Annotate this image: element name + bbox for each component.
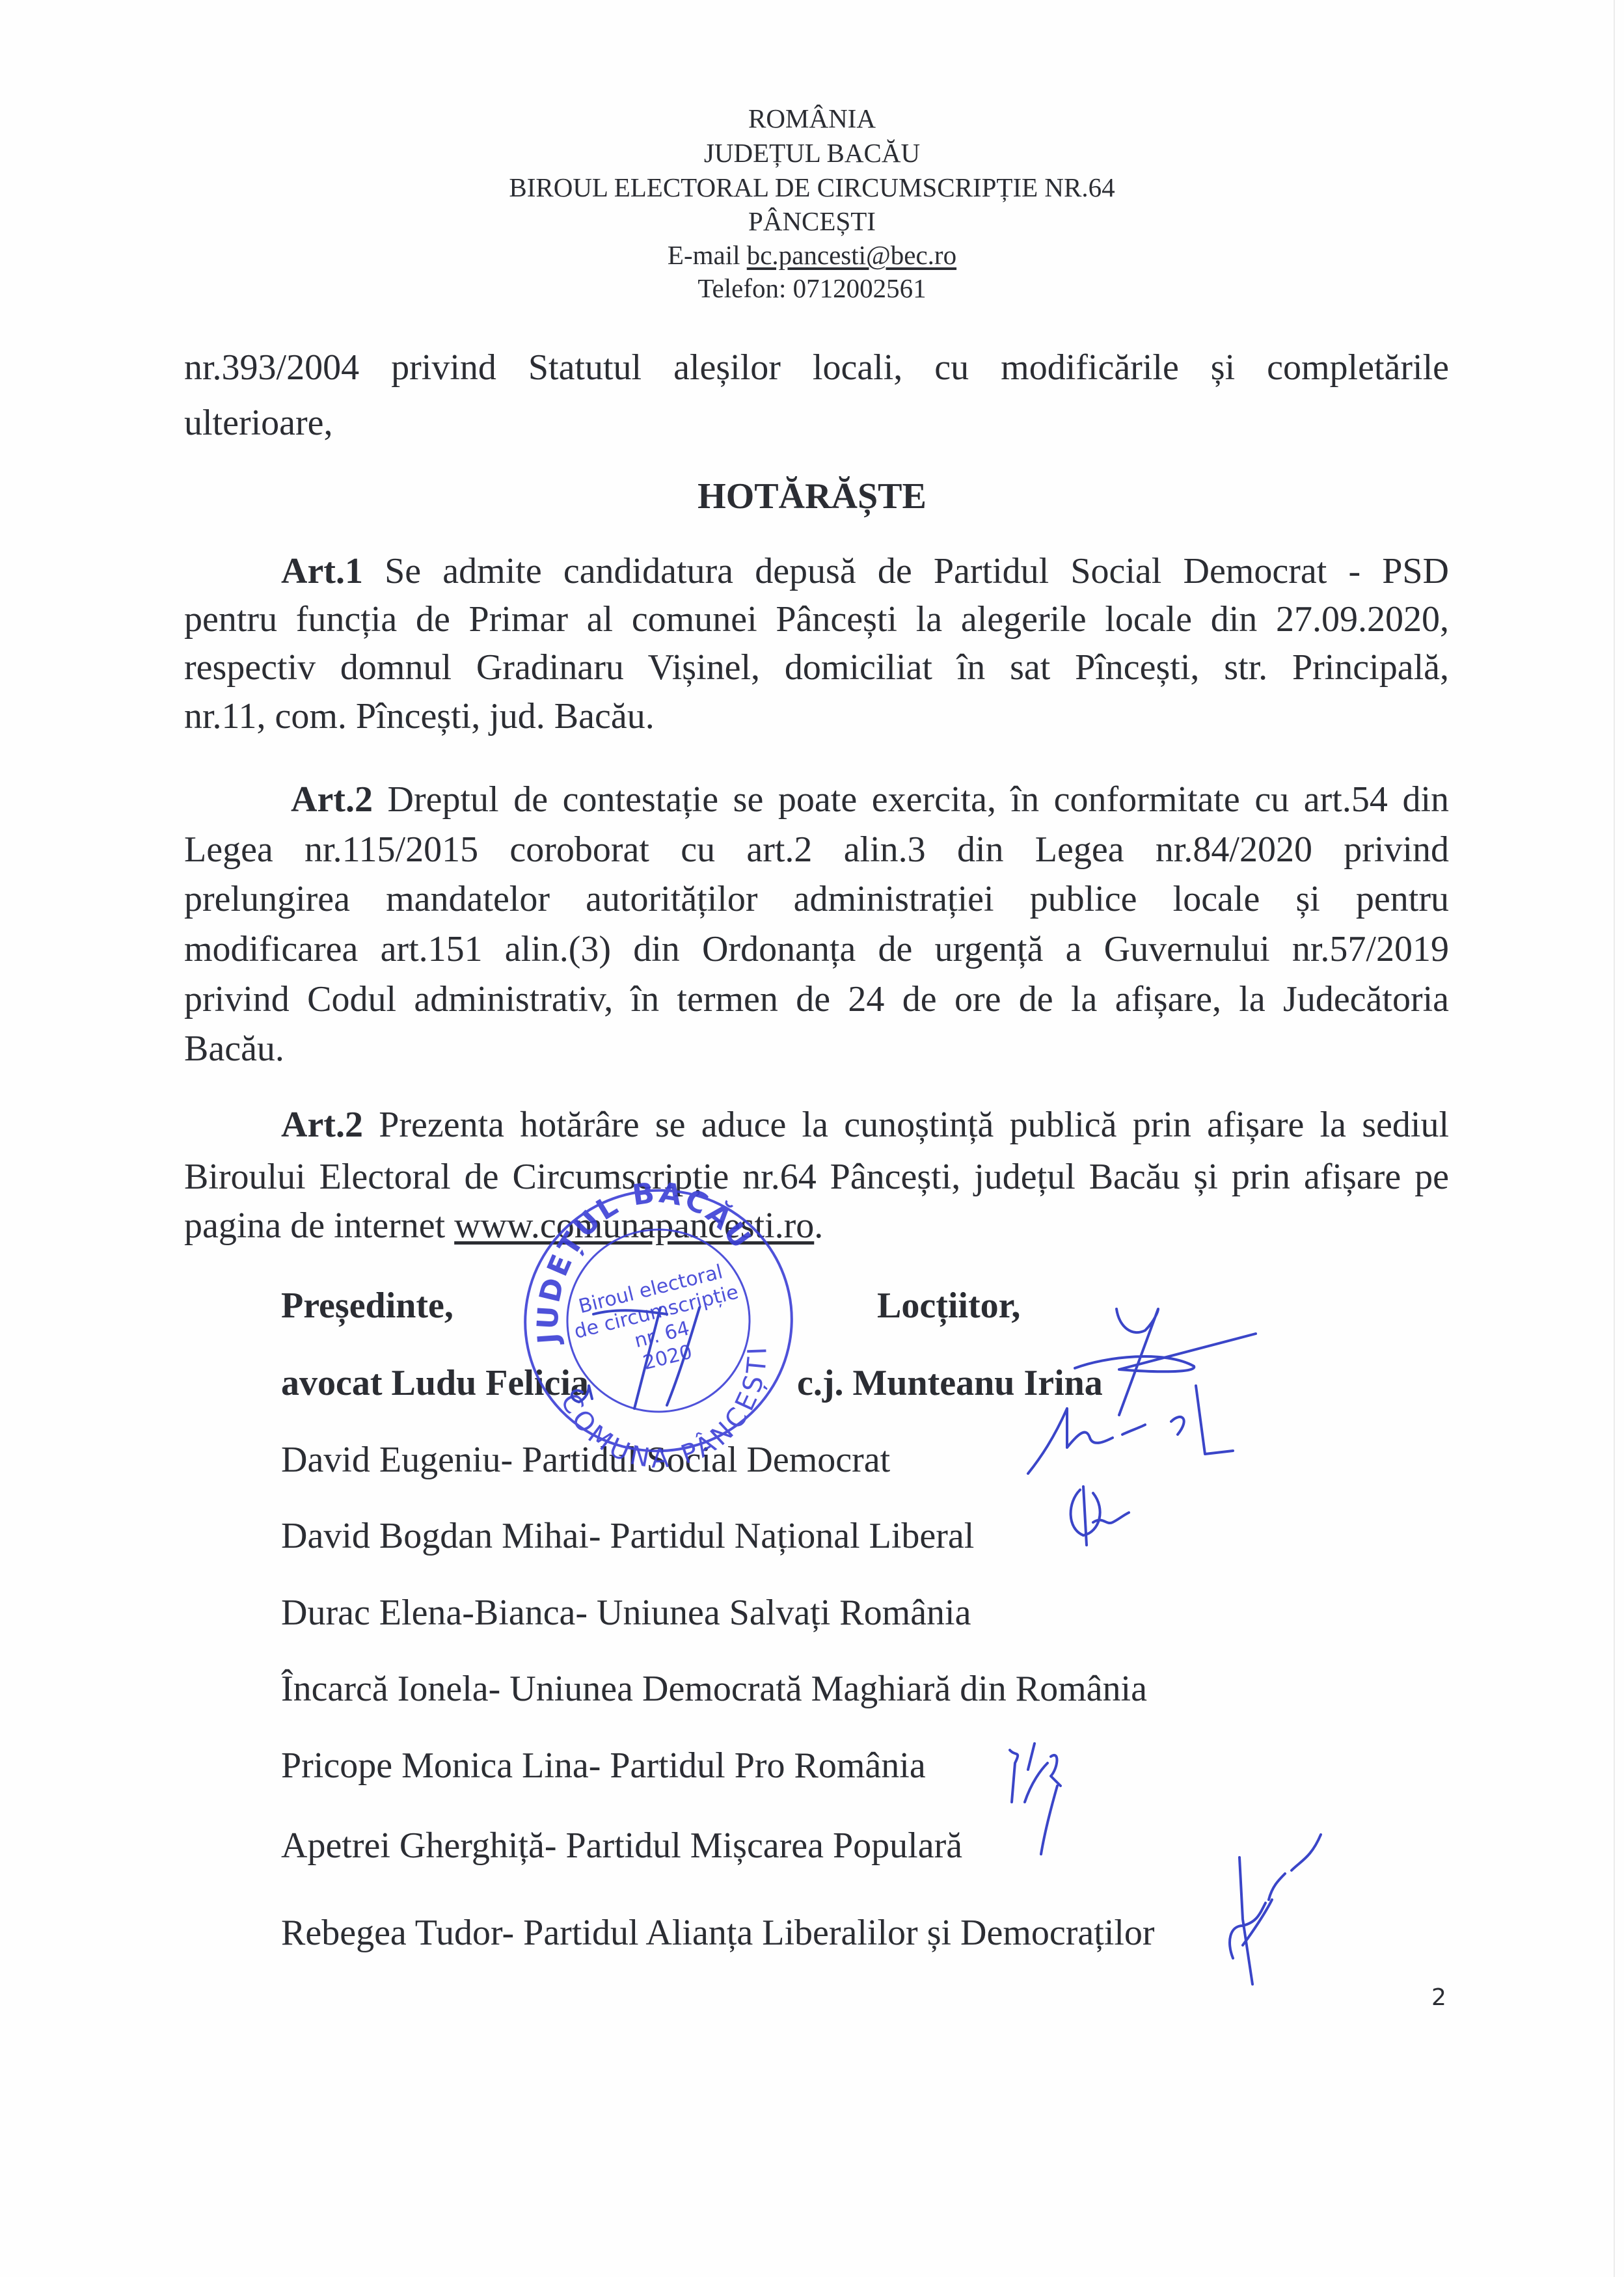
article-text: Se admite candidatura depusă de Partidul…: [385, 551, 1449, 591]
member-item: David Eugeniu- Partidul Social Democrat: [281, 1442, 890, 1478]
article-line: Legea nr.115/2015 coroborat cu art.2 ali…: [184, 831, 1449, 868]
president-name: avocat Ludu Felicia: [281, 1365, 589, 1401]
signature-president: [593, 1308, 699, 1408]
preamble-line: nr.393/2004 privind Statutul aleșilor lo…: [184, 349, 1449, 386]
article-first-line: Art.2 Dreptul de contestație se poate ex…: [291, 781, 1449, 818]
article-line: nr.11, com. Pîncești, jud. Bacău.: [184, 698, 655, 734]
article-first-line: Art.1 Se admite candidatura depusă de Pa…: [281, 553, 1449, 589]
article-text: Prezenta hotărâre se aduce la cunoștință…: [379, 1105, 1449, 1145]
deputy-name: c.j. Munteanu Irina: [797, 1365, 1103, 1401]
deputy-title: Locțiitor,: [877, 1287, 1020, 1324]
decision-title: HOTĂRĂȘTE: [0, 478, 1624, 515]
punctuation: .: [814, 1206, 823, 1246]
stamp-inner-line: Biroul electoral: [576, 1261, 725, 1319]
member-item: Durac Elena-Bianca- Uniunea Salvați Româ…: [281, 1595, 971, 1631]
stamp-inner-line: 2020: [641, 1341, 695, 1375]
article-line: prelungirea mandatelor autorităților adm…: [184, 881, 1449, 917]
article-line: modificarea art.151 alin.(3) din Ordonan…: [184, 931, 1449, 967]
header-email-line: E-mail bc.pancesti@bec.ro: [0, 242, 1624, 269]
stamp-inner-line: de circumscripție: [572, 1281, 740, 1344]
article-line: respectiv domnul Gradinaru Vișinel, domi…: [184, 649, 1449, 686]
article-line: Bacău.: [184, 1031, 284, 1067]
email-link[interactable]: bc.pancesti@bec.ro: [747, 240, 956, 270]
member-item: David Bogdan Mihai- Partidul Național Li…: [281, 1518, 974, 1554]
article-text: Dreptul de contestație se poate exercita…: [388, 779, 1449, 820]
preamble-line: ulterioare,: [184, 405, 333, 441]
article-line: privind Codul administrativ, în termen d…: [184, 981, 1449, 1017]
member-item: Pricope Monica Lina- Partidul Pro Români…: [281, 1747, 926, 1784]
article-label: Art.2: [291, 779, 373, 820]
member-item: Apetrei Gherghiță- Partidul Mișcarea Pop…: [281, 1827, 962, 1864]
header-country: ROMÂNIA: [0, 105, 1624, 132]
website-link[interactable]: www.comunapancesti.ro: [454, 1206, 814, 1246]
email-label: E-mail: [668, 240, 740, 270]
scan-page-edge: [1614, 0, 1615, 2277]
article-text: pagina de internet: [184, 1206, 445, 1246]
header-office: BIROUL ELECTORAL DE CIRCUMSCRIPȚIE NR.64: [0, 174, 1624, 201]
member-item: Încarcă Ionela- Uniunea Democrată Maghia…: [281, 1671, 1147, 1707]
header-phone-line: Telefon: 0712002561: [0, 275, 1624, 302]
president-title: Președinte,: [281, 1287, 453, 1324]
article-first-line: Art.2 Prezenta hotărâre se aduce la cuno…: [281, 1107, 1449, 1143]
handwritten-signatures: [572, 1308, 1321, 1984]
article-label: Art.1: [281, 551, 363, 591]
document-page: ROMÂNIA JUDEȚUL BACĂU BIROUL ELECTORAL D…: [0, 0, 1624, 2277]
page-number: 2: [1431, 1984, 1446, 2011]
article-line: pagina de internet www.comunapancesti.ro…: [184, 1207, 823, 1244]
article-label: Art.2: [281, 1105, 363, 1145]
signature-member-7: [1230, 1835, 1321, 1984]
member-item: Rebegea Tudor- Partidul Alianța Liberali…: [281, 1915, 1155, 1951]
article-line: pentru funcția de Primar al comunei Pânc…: [184, 601, 1449, 638]
phone-label: Telefon:: [697, 273, 786, 303]
stamp-inner-line: nr. 64: [632, 1317, 692, 1353]
phone-number: 0712002561: [793, 273, 927, 303]
signature-member-2: [1071, 1487, 1129, 1545]
header-locality: PÂNCEȘTI: [0, 208, 1624, 235]
article-line: Biroului Electoral de Circumscripție nr.…: [184, 1159, 1449, 1195]
stamp-outer-top-text: JUDEȚUL BACĂU: [531, 1176, 759, 1347]
signature-member-5: [1010, 1744, 1061, 1854]
header-county: JUDEȚUL BACĂU: [0, 140, 1624, 167]
